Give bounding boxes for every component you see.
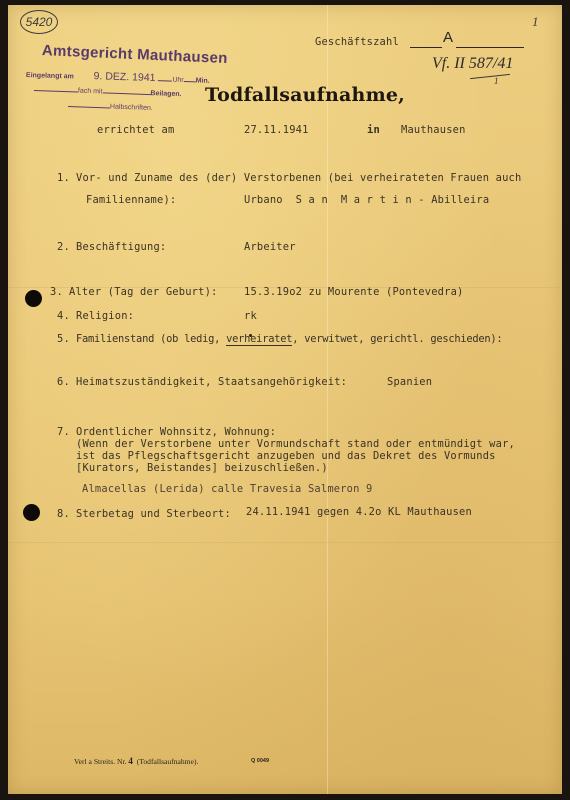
stamp-time-label: Uhr [172, 77, 183, 84]
stamp-attachments-label: Beilagen. [150, 90, 181, 98]
field-2-value: Arbeiter [244, 241, 296, 253]
reference-blank-line [410, 47, 442, 48]
established-date: 27.11.1941 [244, 124, 309, 136]
footer-publisher-prefix: Verl a Streits. Nr. [74, 757, 127, 766]
punch-hole-upper [25, 290, 42, 307]
field-7-label: Ordentlicher Wohnsitz, Wohnung: [76, 426, 276, 438]
field-7-value: Almacellas (Lerida) calle Travesia Salme… [82, 483, 373, 495]
field-7-note-1: (Wenn der Verstorbene unter Vormundschaf… [76, 438, 515, 450]
field-3-value: 15.3.19o2 zu Mourente (Pontevedra) [244, 286, 464, 298]
field-8-value: 24.11.1941 gegen 4.2o KL Mauthausen [246, 506, 472, 518]
field-4-label: Religion: [76, 310, 134, 322]
form-publisher: Verl a Streits. Nr. 4 (Todfallsaufnahme)… [74, 756, 198, 766]
stamp-received-date: 9. DEZ. 1941 [93, 70, 155, 84]
field-1-value: Urbano S a n M a r t i n - Abilleira [244, 194, 489, 206]
field-1-number: 1. [57, 172, 70, 184]
established-label: errichtet am [97, 124, 174, 136]
field-1-label: Vor- und Zuname des (der) Verstorbenen (… [76, 172, 521, 184]
field-4-value: rk [244, 310, 257, 322]
field-3-label: Alter (Tag der Geburt): [69, 286, 217, 298]
stamp-copies-label: fach mit [78, 88, 103, 96]
print-code: Q 0049 [251, 758, 269, 764]
footer-form-name: (Todfallsaufnahme). [137, 757, 199, 766]
field-2-number: 2. [57, 241, 70, 253]
fold-line-vertical [327, 5, 328, 794]
field-6-value: Spanien [387, 376, 432, 388]
field-2-label: Beschäftigung: [76, 241, 166, 253]
field-7-note-3: [Kurators, Beistandes] beizuschließen.) [76, 462, 328, 474]
reference-blank-line-2 [456, 47, 524, 48]
field-1-label-cont: Familienname): [86, 194, 176, 206]
footer-form-number: 4 [128, 756, 133, 766]
handwritten-reference: Vf. II 587/41 [432, 55, 513, 73]
reference-label: Geschäftszahl [315, 36, 399, 48]
field-8-label: Sterbetag und Sterbeort: [76, 508, 231, 520]
field-5-label-prefix: Familienstand (ob ledig, [76, 333, 226, 345]
established-place: Mauthausen [401, 124, 466, 136]
field-6-label: Heimatszuständigkeit, Staatsangehörigkei… [76, 376, 347, 388]
stamp-halfsheets-label: Halbschriften. [110, 103, 153, 111]
stamp-received-label: Eingelangt am [26, 72, 74, 80]
established-in-label: in [367, 124, 380, 136]
field-5-number: 5. [57, 333, 70, 345]
field-8-number: 8. [57, 508, 70, 520]
archive-number-circled: 5420 [20, 10, 58, 34]
fold-line-horizontal-lower [8, 542, 562, 543]
punch-hole-lower [23, 504, 40, 521]
field-5-selected-option: verheiratet [226, 333, 292, 346]
field-7-note-2: ist das Pflegschaftsgericht anzugeben un… [76, 450, 496, 462]
field-3-number: 3. [50, 286, 63, 298]
field-4-number: 4. [57, 310, 70, 322]
field-5-label: Familienstand (ob ledig, verheiratet, ve… [76, 333, 502, 345]
field-7-number: 7. [57, 426, 70, 438]
field-6-number: 6. [57, 376, 70, 388]
reference-register: A [443, 29, 453, 46]
field-5-label-suffix: , verwitwet, gerichtl. geschieden): [292, 333, 502, 345]
document-title: Todfallsaufnahme, [205, 84, 405, 106]
handwritten-reference-sub: 1 [494, 76, 499, 86]
page-number: 1 [532, 14, 539, 30]
